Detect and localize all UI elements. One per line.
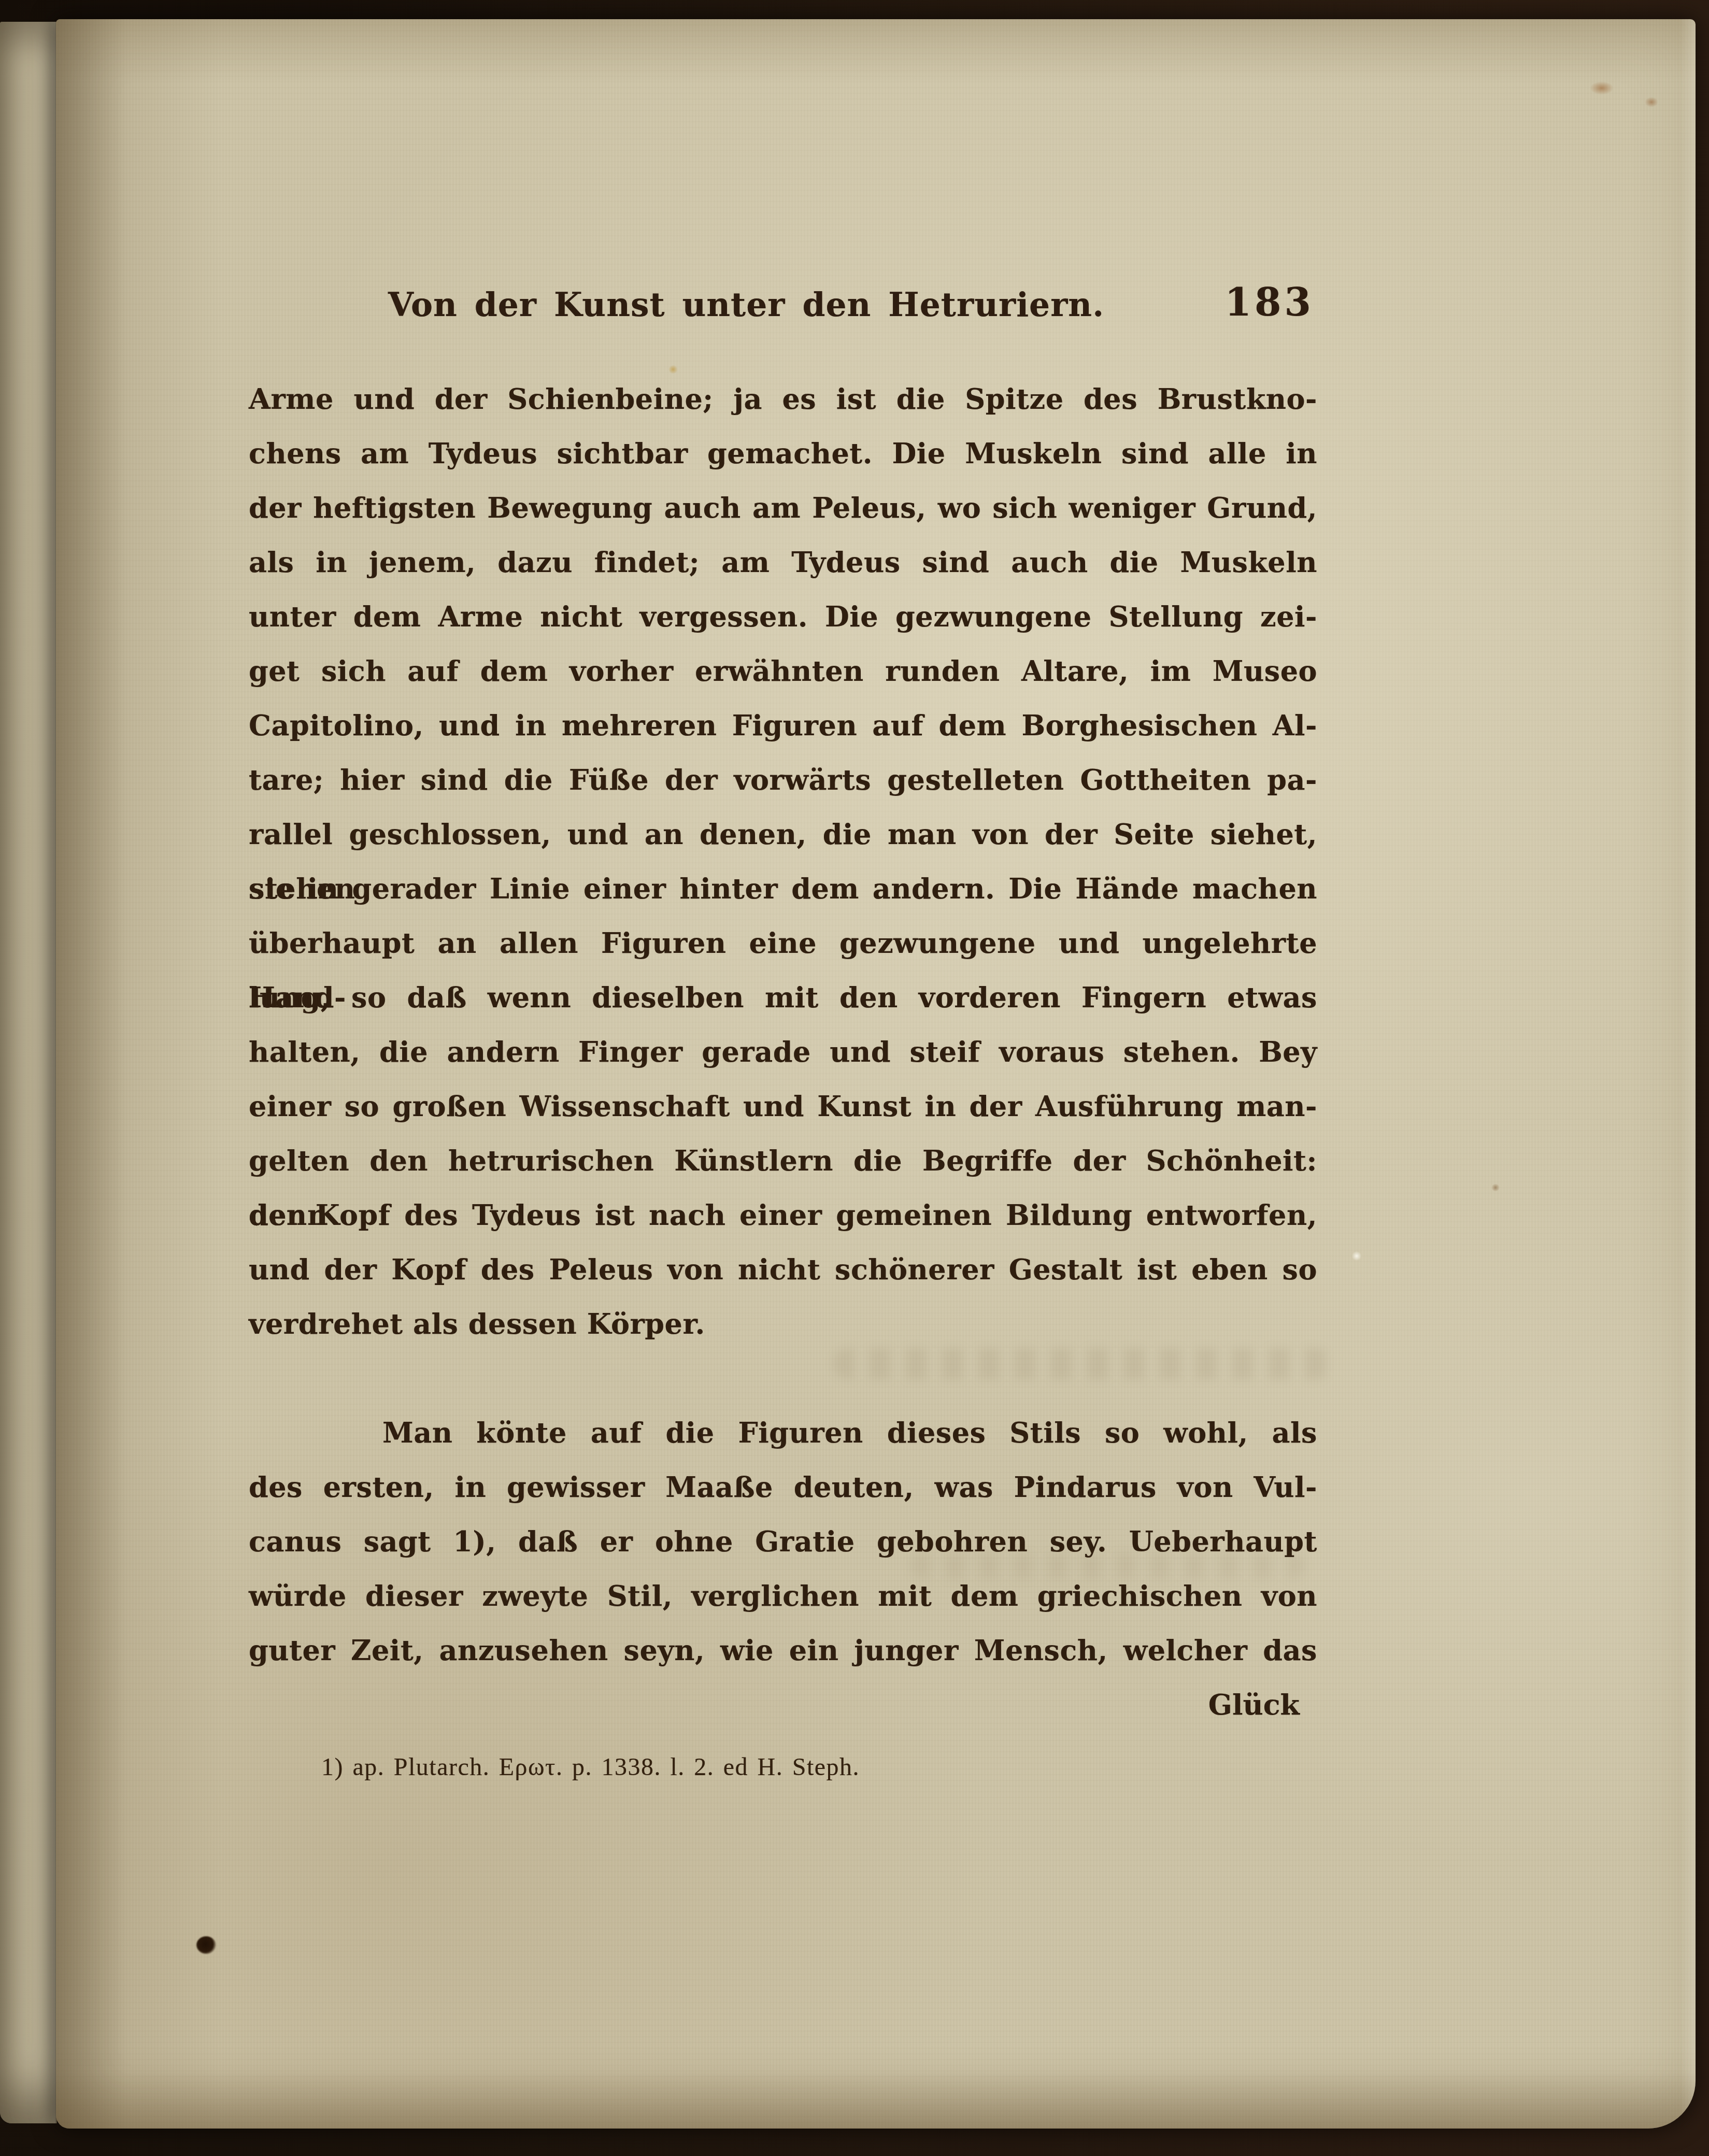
running-title: Von der Kunst unter den Hetruriern. (249, 285, 1244, 324)
text-line: der Kopf des Tydeus ist nach einer gemei… (249, 1188, 1317, 1243)
text-line: halten, die andern Finger gerade und ste… (249, 1025, 1317, 1079)
book-page: Von der Kunst unter den Hetruriern. 183 … (56, 19, 1696, 2129)
page-bottom-shading (56, 2061, 1696, 2129)
page-number: 183 (1225, 280, 1314, 325)
show-through-stain (833, 1348, 1331, 1379)
text-line: als in jenem, dazu findet; am Tydeus sin… (249, 535, 1317, 590)
text-line: Arme und der Schienbeine; ja es ist die … (249, 372, 1317, 426)
catchword: Glück (249, 1678, 1317, 1732)
rust-stain (1590, 81, 1614, 95)
previous-page-edge (0, 22, 57, 2123)
paragraph-1: Arme und der Schienbeine; ja es ist die … (249, 372, 1317, 1351)
text-line: guter Zeit, anzusehen seyn, wie ein jung… (249, 1623, 1317, 1678)
text-line: einer so großen Wissenschaft und Kunst i… (249, 1079, 1317, 1134)
text-line: lung, so daß wenn dieselben mit den vord… (249, 970, 1317, 1025)
text-line: und der Kopf des Peleus von nicht schöne… (249, 1243, 1317, 1297)
text-line: gelten den hetrurischen Künstlern die Be… (249, 1134, 1317, 1188)
text-line: unter dem Arme nicht vergessen. Die gezw… (249, 590, 1317, 644)
ink-blot (196, 1936, 216, 1954)
text-line: get sich auf dem vorher erwähnten runden… (249, 644, 1317, 698)
paper-speck (1491, 1184, 1500, 1191)
paper-glint (1351, 1251, 1362, 1261)
show-through-stain (911, 1553, 1305, 1579)
rust-stain (1645, 97, 1658, 107)
text-line: rallel geschlossen, und an denen, die ma… (249, 807, 1317, 862)
text-line: Capitolino, und in mehreren Figuren auf … (249, 698, 1317, 753)
gutter-shadow (56, 19, 134, 2129)
paragraph-2: Man könte auf die Figuren dieses Stils s… (249, 1406, 1317, 1678)
text-line: tare; hier sind die Füße der vorwärts ge… (249, 753, 1317, 807)
text-line: chens am Tydeus sichtbar gemachet. Die M… (249, 426, 1317, 481)
footnote: 1) ap. Plutarch. Ερωτ. p. 1338. l. 2. ed… (321, 1753, 1202, 1781)
text-line: des ersten, in gewisser Maaße deuten, wa… (249, 1460, 1317, 1515)
text-line: der heftigsten Bewegung auch am Peleus, … (249, 481, 1317, 535)
text-line: sie in gerader Linie einer hinter dem an… (249, 862, 1317, 916)
running-head: Von der Kunst unter den Hetruriern. 183 (249, 281, 1315, 339)
text-line: verdrehet als dessen Körper. (249, 1297, 1317, 1351)
text-line: Man könte auf die Figuren dieses Stils s… (249, 1406, 1317, 1460)
text-line: überhaupt an allen Figuren eine gezwunge… (249, 916, 1317, 970)
